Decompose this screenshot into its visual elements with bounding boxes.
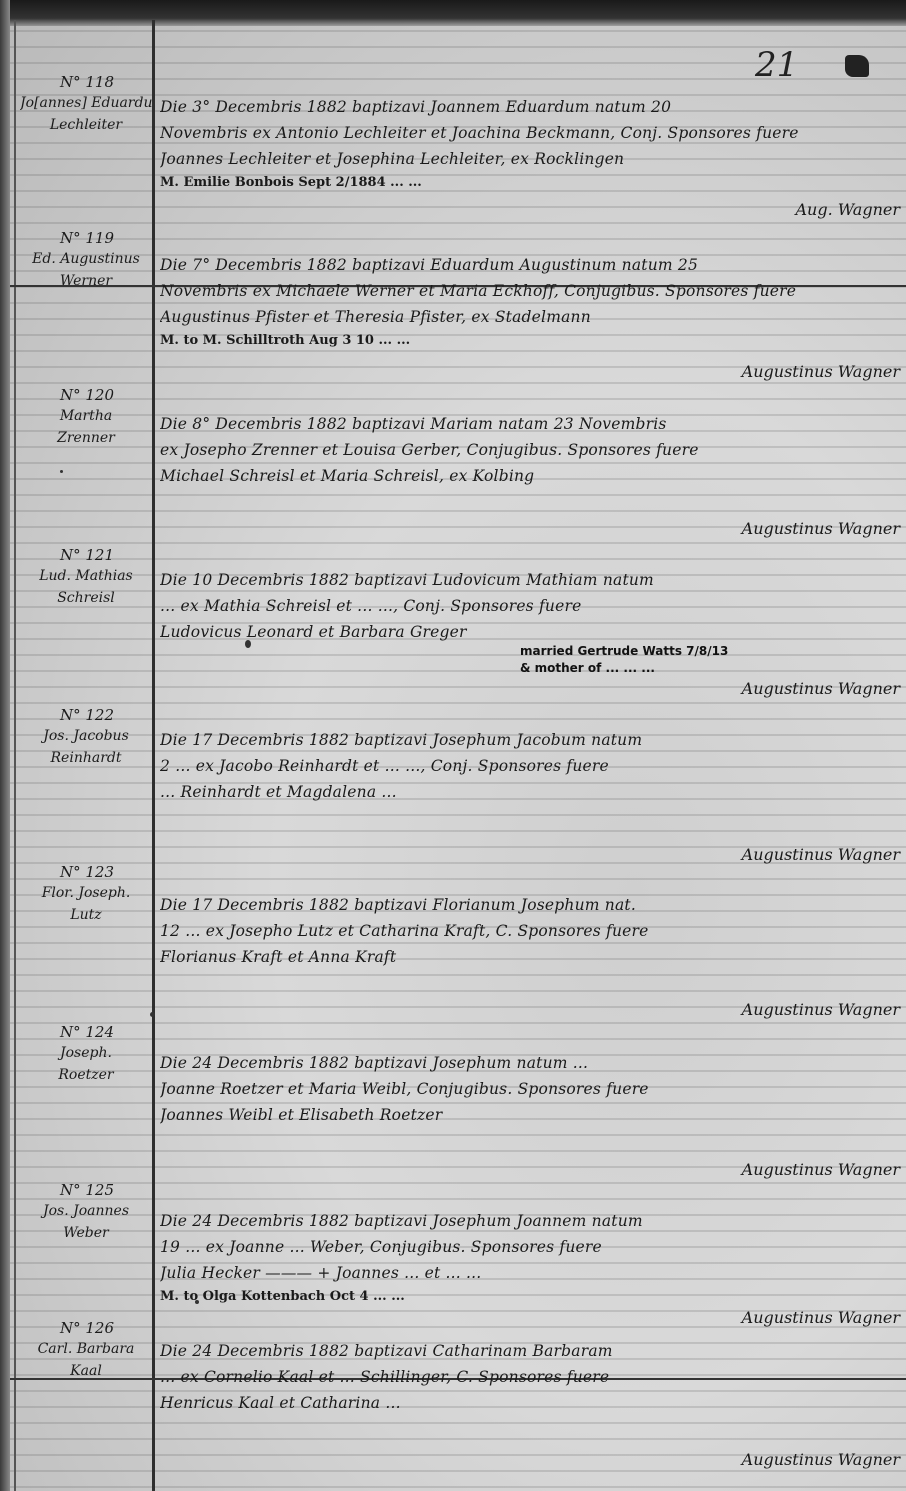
entry-text: Die 24 Decembris 1882 baptizavi Josephum… — [160, 1050, 900, 1128]
entry-line: Henricus Kaal et Catharina ... — [160, 1390, 900, 1416]
entry-text: Die 17 Decembris 1882 baptizavi Florianu… — [160, 892, 900, 970]
margin-surname: Werner — [20, 270, 152, 292]
side-note-line: married Gertrude Watts 7/8/13 — [520, 643, 900, 660]
entry-line: Joannes Lechleiter et Josephina Lechleit… — [160, 146, 900, 172]
entry-number: N° 121 — [20, 545, 152, 565]
margin-name: Lud. Mathias — [20, 565, 152, 587]
marriage-annotation: M. Emilie Bonbois Sept 2/1884 ... ... — [160, 172, 900, 194]
entry-margin: N° 121 Lud. Mathias Schreisl — [20, 545, 152, 609]
margin-surname: Reinhardt — [20, 747, 152, 769]
page-number: 21 — [755, 45, 798, 85]
entry-line: Die 17 Decembris 1882 baptizavi Florianu… — [160, 892, 900, 918]
margin-name: Jos. Jacobus — [20, 725, 152, 747]
entry-line: Julia Hecker ——— + Joannes ... et ... ..… — [160, 1260, 900, 1286]
priest-signature: Augustinus Wagner — [742, 1000, 900, 1019]
margin-name: Flor. Joseph. — [20, 882, 152, 904]
entry-line: Florianus Kraft et Anna Kraft — [160, 944, 900, 970]
entry-number: N° 124 — [20, 1022, 152, 1042]
entry-text: Die 3° Decembris 1882 baptizavi Joannem … — [160, 94, 900, 194]
entry-margin: N° 119 Ed. Augustinus Werner — [20, 228, 152, 292]
entry-line: ... ex Mathia Schreisl et ... ..., Conj.… — [160, 593, 900, 619]
entry-line: Ludovicus Leonard et Barbara Greger — [160, 619, 520, 645]
entry-line: ... Reinhardt et Magdalena ... — [160, 779, 900, 805]
margin-surname: Lutz — [20, 904, 152, 926]
entry-text: Die 10 Decembris 1882 baptizavi Ludovicu… — [160, 567, 900, 645]
ink-blot-mark — [845, 55, 869, 77]
entry-number: N° 120 — [20, 385, 152, 405]
margin-name: Carl. Barbara — [20, 1338, 152, 1360]
entry-line: Novembris ex Michaele Werner et Maria Ec… — [160, 278, 900, 304]
entry-number: N° 122 — [20, 705, 152, 725]
entry-text: Die 24 Decembris 1882 baptizavi Catharin… — [160, 1338, 900, 1416]
entry-line: Die 17 Decembris 1882 baptizavi Josephum… — [160, 727, 900, 753]
entry-line: Die 24 Decembris 1882 baptizavi Josephum… — [160, 1050, 900, 1076]
margin-surname: Kaal — [20, 1360, 152, 1382]
entry-text: Die 17 Decembris 1882 baptizavi Josephum… — [160, 727, 900, 805]
entry-margin: N° 122 Jos. Jacobus Reinhardt — [20, 705, 152, 769]
priest-signature: Aug. Wagner — [795, 200, 900, 219]
marriage-annotation: M. to M. Schilltroth Aug 3 10 ... ... — [160, 330, 900, 352]
margin-name: Ed. Augustinus — [20, 248, 152, 270]
entry-number: N° 126 — [20, 1318, 152, 1338]
entry-margin: N° 126 Carl. Barbara Kaal — [20, 1318, 152, 1382]
priest-signature: Augustinus Wagner — [742, 362, 900, 381]
entry-line: Die 7° Decembris 1882 baptizavi Eduardum… — [160, 252, 900, 278]
marriage-annotation: M. to Olga Kottenbach Oct 4 ... ... — [160, 1286, 900, 1308]
margin-surname: Zrenner — [20, 427, 152, 449]
priest-signature: Augustinus Wagner — [742, 1450, 900, 1469]
entry-text: Die 8° Decembris 1882 baptizavi Mariam n… — [160, 411, 900, 489]
ink-speck — [245, 640, 251, 648]
margin-name: Martha — [20, 405, 152, 427]
entry-line: Die 24 Decembris 1882 baptizavi Josephum… — [160, 1208, 900, 1234]
margin-name: Joseph. — [20, 1042, 152, 1064]
entry-margin: N° 123 Flor. Joseph. Lutz — [20, 862, 152, 926]
binding-edge — [0, 0, 10, 1491]
entry-line: Joannes Weibl et Elisabeth Roetzer — [160, 1102, 900, 1128]
margin-rule-outer — [14, 20, 16, 1491]
entry-margin: N° 120 Martha Zrenner — [20, 385, 152, 449]
priest-signature: Augustinus Wagner — [742, 1308, 900, 1327]
priest-signature: Augustinus Wagner — [742, 519, 900, 538]
entry-line: Die 8° Decembris 1882 baptizavi Mariam n… — [160, 411, 900, 437]
entry-line: ex Josepho Zrenner et Louisa Gerber, Con… — [160, 437, 900, 463]
entry-number: N° 118 — [20, 72, 152, 92]
margin-surname: Schreisl — [20, 587, 152, 609]
priest-signature: Augustinus Wagner — [742, 679, 900, 698]
margin-name: Jos. Joannes — [20, 1200, 152, 1222]
entry-line: Augustinus Pfister et Theresia Pfister, … — [160, 304, 900, 330]
entry-line: Die 10 Decembris 1882 baptizavi Ludovicu… — [160, 567, 900, 593]
entry-line: 2 ... ex Jacobo Reinhardt et ... ..., Co… — [160, 753, 900, 779]
margin-rule-inner — [152, 20, 155, 1491]
priest-signature: Augustinus Wagner — [742, 845, 900, 864]
marriage-side-note: married Gertrude Watts 7/8/13 & mother o… — [520, 643, 900, 677]
margin-surname: Lechleiter — [20, 114, 152, 136]
entry-number: N° 125 — [20, 1180, 152, 1200]
margin-surname: Roetzer — [20, 1064, 152, 1086]
margin-surname: Weber — [20, 1222, 152, 1244]
entry-number: N° 123 — [20, 862, 152, 882]
entry-line: 19 ... ex Joanne ... Weber, Conjugibus. … — [160, 1234, 900, 1260]
entry-margin: N° 125 Jos. Joannes Weber — [20, 1180, 152, 1244]
register-page: 21 N° 118 Jo[annes] Eduardus Lechleiter … — [0, 0, 906, 1491]
entry-line: 12 ... ex Josepho Lutz et Catharina Kraf… — [160, 918, 900, 944]
entry-line: Die 24 Decembris 1882 baptizavi Catharin… — [160, 1338, 900, 1364]
entry-text: Die 24 Decembris 1882 baptizavi Josephum… — [160, 1208, 900, 1308]
entry-margin: N° 124 Joseph. Roetzer — [20, 1022, 152, 1086]
entry-line: Die 3° Decembris 1882 baptizavi Joannem … — [160, 94, 900, 120]
ink-speck — [150, 1012, 155, 1017]
entry-line: Novembris ex Antonio Lechleiter et Joach… — [160, 120, 900, 146]
entry-line: ... ex Cornelio Kaal et ... Schillinger,… — [160, 1364, 900, 1390]
entry-number: N° 119 — [20, 228, 152, 248]
ink-speck — [195, 1300, 199, 1304]
entry-text: Die 7° Decembris 1882 baptizavi Eduardum… — [160, 252, 900, 352]
entry-line: Joanne Roetzer et Maria Weibl, Conjugibu… — [160, 1076, 900, 1102]
entry-line: Michael Schreisl et Maria Schreisl, ex K… — [160, 463, 900, 489]
ink-speck — [60, 470, 63, 473]
side-note-line: & mother of ... ... ... — [520, 660, 900, 677]
entry-margin: N° 118 Jo[annes] Eduardus Lechleiter — [20, 72, 152, 136]
scan-top-shadow — [0, 0, 906, 26]
margin-name: Jo[annes] Eduardus — [20, 92, 152, 114]
priest-signature: Augustinus Wagner — [742, 1160, 900, 1179]
